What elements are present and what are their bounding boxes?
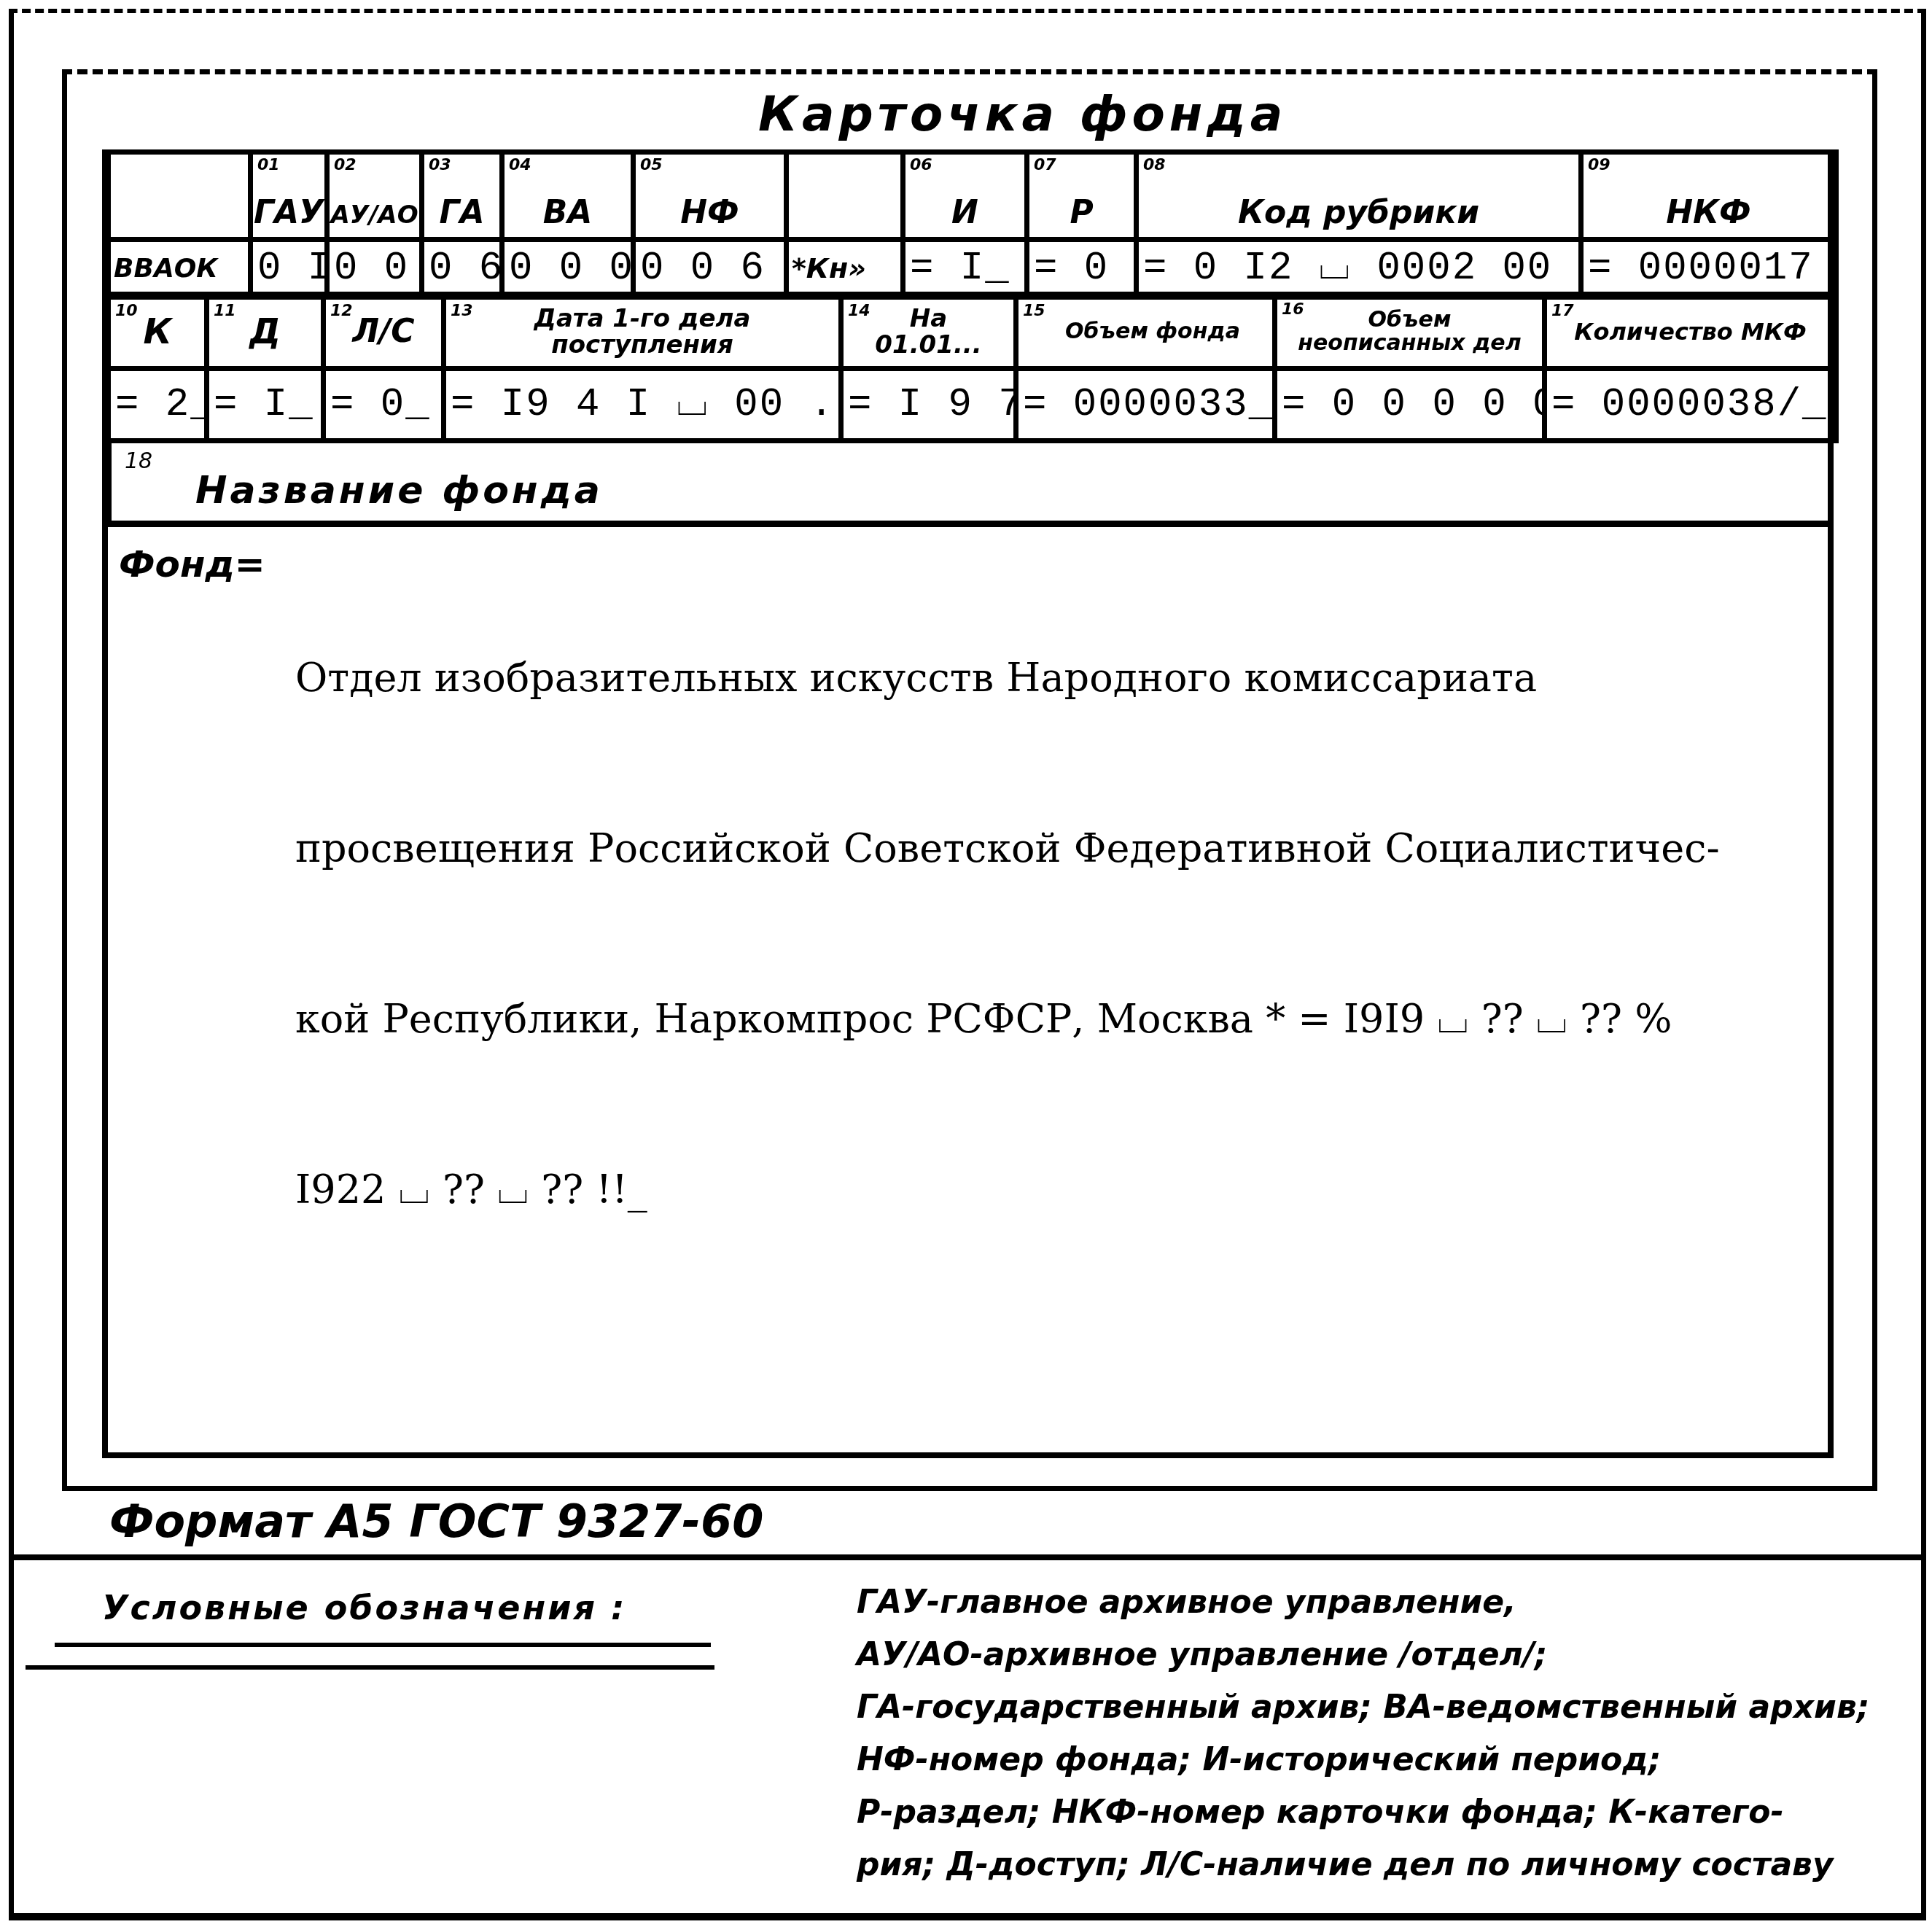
value-cell-fund-volume: = 0000033_ xyxy=(1016,369,1275,441)
header-label: И xyxy=(951,194,978,231)
value-cell-undescribed-volume: = 0 0 0 0 0 0 0_ xyxy=(1275,369,1545,441)
field-number: 17 xyxy=(1551,298,1574,324)
header-label: Дата 1-го дела поступления xyxy=(534,304,751,359)
header-cell-blank-2 xyxy=(787,152,903,240)
field-number: 16 xyxy=(1282,298,1304,322)
legend-underline xyxy=(26,1665,714,1670)
header-label: Объем фонда xyxy=(1065,319,1240,344)
fund-name-label: Название фонда xyxy=(195,469,603,513)
header-label: НКФ xyxy=(1666,194,1750,231)
header-cell-va: 04ВА xyxy=(502,152,634,240)
header-label: ГА xyxy=(439,194,484,231)
header-cell-as-of-date: 14На 01.01... xyxy=(841,295,1016,369)
value-cell-mkf-count: = 0000038/_ * xyxy=(1545,369,1836,441)
fund-label: Фонд= xyxy=(119,543,265,585)
value-cell-ls: = 0_ xyxy=(324,369,444,441)
fund-description-line: Отдел изобразительных искусств Народного… xyxy=(295,650,1812,706)
fund-description-text: Отдел изобразительных искусств Народного… xyxy=(295,536,1812,1332)
header-label: Объем неописанных дел xyxy=(1298,307,1521,356)
header-cell-fund-volume: 15Объем фонда xyxy=(1016,295,1275,369)
format-note: Формат А5 ГОСТ 9327-60 xyxy=(109,1495,763,1548)
header-cell-blank xyxy=(109,152,251,240)
fund-codes-value-row: ВВАОК 0 I 0 0 0 0 6 0 0 0 0 0 0 6 6 5 *К… xyxy=(109,240,1836,297)
value-cell-d: = I_ xyxy=(207,369,324,441)
header-label: ВА xyxy=(543,194,593,231)
header-cell-gau: 01ГАУ xyxy=(251,152,327,240)
legend-item: ГА-государственный архив; ВА-ведомственн… xyxy=(857,1681,1899,1734)
field-number: 15 xyxy=(1023,298,1045,324)
header-label: Л/С xyxy=(353,313,415,350)
fund-codes-header-row: 01ГАУ 02АУ/АО 03ГА 04ВА 05НФ 06И 07Р 08К… xyxy=(109,152,1836,240)
header-label: АУ/АО xyxy=(330,201,418,230)
section-divider xyxy=(9,1554,1926,1560)
card-title: Карточка фонда xyxy=(758,86,1287,142)
header-cell-ls: 12Л/С xyxy=(324,295,444,369)
header-cell-au-ao: 02АУ/АО xyxy=(327,152,422,240)
field-number: 03 xyxy=(429,156,451,174)
value-cell-marker: *Кн» xyxy=(787,240,903,297)
fund-description-line: I922 ⌴ ?? ⌴ ?? !!_ xyxy=(295,1161,1812,1218)
header-cell-nkf: 09НКФ xyxy=(1581,152,1836,240)
fund-description-area: Фонд= Отдел изобразительных искусств Нар… xyxy=(106,536,1834,1455)
header-cell-d: 11Д xyxy=(207,295,324,369)
header-cell-undescribed-volume: 16Объем неописанных дел xyxy=(1275,295,1545,369)
header-label: Р xyxy=(1070,194,1093,231)
field-number: 18 xyxy=(125,448,152,474)
header-label: На 01.01... xyxy=(875,304,981,359)
field-number: 13 xyxy=(451,298,473,324)
fund-name-section: 18 Название фонда xyxy=(106,441,1834,527)
fund-description-line: просвещения Российской Советской Федерат… xyxy=(295,820,1812,877)
legend-item: Р-раздел; НКФ-номер карточки фонда; К-ка… xyxy=(857,1786,1899,1839)
value-cell-r: = 0 I_ xyxy=(1027,240,1137,297)
header-label: Д xyxy=(249,311,281,352)
header-label: К xyxy=(143,311,171,352)
value-cell-k: = 2_ xyxy=(109,369,207,441)
fund-codes-table: 01ГАУ 02АУ/АО 03ГА 04ВА 05НФ 06И 07Р 08К… xyxy=(106,149,1839,300)
value-cell-au-ao: 0 0 0 xyxy=(327,240,422,297)
header-cell-nf: 05НФ xyxy=(634,152,787,240)
legend-underline xyxy=(55,1643,711,1647)
header-cell-k: 10К xyxy=(109,295,207,369)
header-cell-mkf-count: 17Количество МКФ xyxy=(1545,295,1836,369)
field-number: 04 xyxy=(509,156,531,174)
value-cell-ga: 0 6 xyxy=(422,240,502,297)
legend-item: НФ-номер фонда; И-исторический период; xyxy=(857,1734,1899,1786)
field-number: 07 xyxy=(1034,156,1056,174)
header-label: Количество МКФ xyxy=(1574,318,1806,346)
field-number: 08 xyxy=(1143,156,1166,174)
header-label: НФ xyxy=(680,194,739,231)
header-cell-rubric-code: 08Код рубрики xyxy=(1137,152,1581,240)
value-cell-nkf: = 0000017 _ xyxy=(1581,240,1836,297)
header-label: Код рубрики xyxy=(1238,194,1479,231)
header-cell-i: 06И xyxy=(903,152,1027,240)
field-number: 01 xyxy=(257,156,280,174)
header-cell-first-receipt-date: 13Дата 1-го дела поступления xyxy=(444,295,841,369)
field-number: 11 xyxy=(214,298,236,324)
header-label: ГАУ xyxy=(254,194,324,231)
value-cell-va: 0 0 0 0 xyxy=(502,240,634,297)
fund-stats-table: 10К 11Д 12Л/С 13Дата 1-го дела поступлен… xyxy=(106,292,1839,443)
header-cell-r: 07Р xyxy=(1027,152,1137,240)
value-cell-nf: 0 0 6 6 5 xyxy=(634,240,787,297)
legend-title: Условные обозначения : xyxy=(102,1588,626,1627)
value-cell-i: = I_ xyxy=(903,240,1027,297)
fund-stats-value-row: = 2_ = I_ = 0_ = I9 4 I ⌴ 00 . 0 0_ = I … xyxy=(109,369,1836,441)
field-number: 10 xyxy=(115,298,138,324)
legend-item: ГАУ-главное архивное управление, xyxy=(857,1576,1899,1629)
legend-item: АУ/АО-архивное управление /отдел/; xyxy=(857,1629,1899,1681)
header-cell-ga: 03ГА xyxy=(422,152,502,240)
fund-description-line: кой Республики, Наркомпрос РСФСР, Москва… xyxy=(295,991,1812,1048)
field-number: 02 xyxy=(334,156,357,174)
field-number: 05 xyxy=(640,156,663,174)
legend-item: рия; Д-доступ; Л/С-наличие дел по личном… xyxy=(857,1839,1899,1891)
value-cell-rubric-code: = 0 I2 ⌴ 0002 00 000_ xyxy=(1137,240,1581,297)
field-number: 06 xyxy=(910,156,932,174)
field-number: 14 xyxy=(848,298,870,324)
value-cell-gau: 0 I xyxy=(251,240,327,297)
value-cell-entry-type: ВВАОК xyxy=(109,240,251,297)
value-cell-first-receipt-date: = I9 4 I ⌴ 00 . 0 0_ xyxy=(444,369,841,441)
field-number: 12 xyxy=(330,298,353,324)
legend-list: ГАУ-главное архивное управление, АУ/АО-а… xyxy=(857,1576,1899,1891)
fund-stats-header-row: 10К 11Д 12Л/С 13Дата 1-го дела поступлен… xyxy=(109,295,1836,369)
value-cell-as-of-date: = I 9 7 9 * xyxy=(841,369,1016,441)
field-number: 09 xyxy=(1588,156,1610,174)
